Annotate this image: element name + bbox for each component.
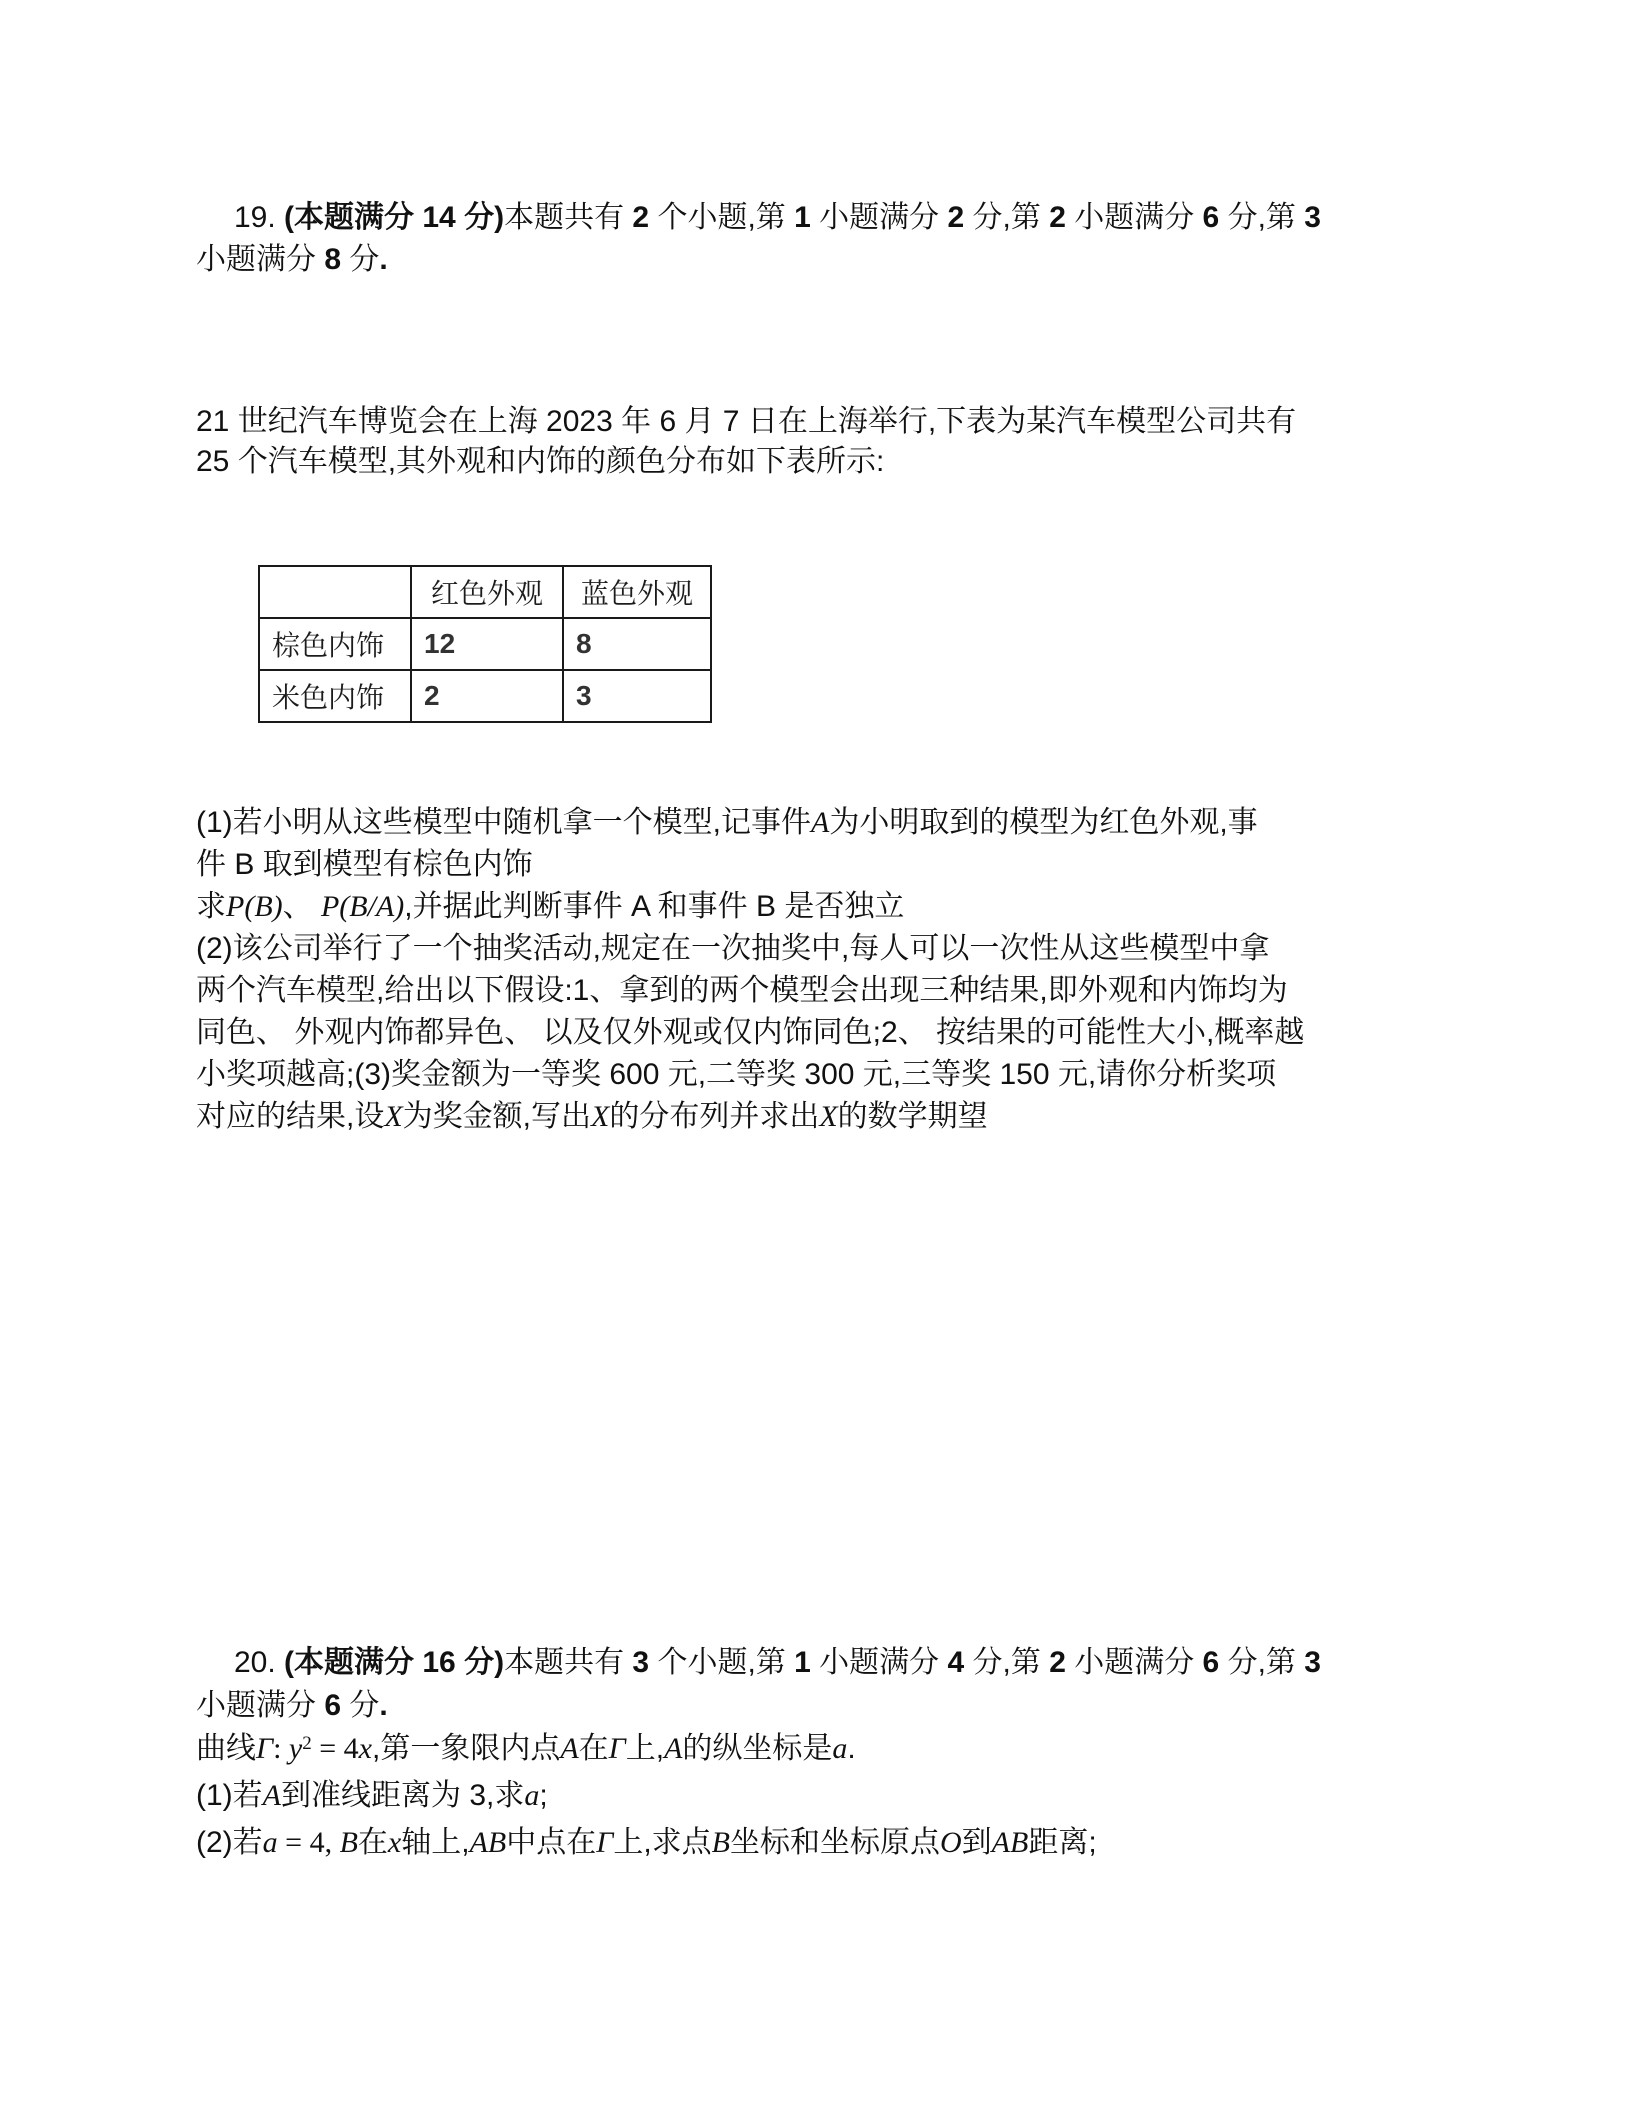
math-text: x — [388, 1826, 401, 1859]
text-segment: 轴上, — [401, 1826, 469, 1859]
text-segment: 小题满分 — [196, 1689, 324, 1722]
text-line: 小题满分 6 分. — [196, 1684, 1526, 1727]
text-segment: 为小明取到的模型为红色外观,事 — [829, 806, 1257, 839]
math-text: B — [340, 1826, 358, 1859]
text-segment: = 4 — [312, 1732, 359, 1765]
text-segment: 2 — [632, 201, 649, 234]
text-segment: ,并据此判断事件 A 和事件 B 是否独立 — [404, 890, 904, 923]
text-segment: 对应的结果,设 — [196, 1100, 384, 1133]
text-segment: 距离; — [1028, 1826, 1096, 1859]
math-text: y — [289, 1732, 302, 1765]
text-line: (2)若a = 4, B在x轴上,AB中点在Γ上,求点B坐标和坐标原点O到AB距… — [196, 1819, 1526, 1866]
text-line: 21 世纪汽车博览会在上海 2023 年 6 月 7 日在上海举行,下表为某汽车… — [196, 402, 1526, 442]
table-header-red-exterior: 红色外观 — [411, 566, 563, 618]
text-line: 对应的结果,设X为奖金额,写出X的分布列并求出X的数学期望 — [196, 1096, 1526, 1138]
math-text: X — [591, 1100, 609, 1133]
problem-19-body: (1)若小明从这些模型中随机拿一个模型,记事件A为小明取到的模型为红色外观,事件… — [196, 802, 1526, 1138]
text-segment: 小题满分 — [1066, 201, 1203, 234]
text-segment: (2)该公司举行了一个抽奖活动,规定在一次抽奖中,每人可以一次性从这些模型中拿 — [196, 932, 1269, 965]
math-text: X — [384, 1100, 402, 1133]
text-segment: 、 — [283, 890, 321, 923]
text-line: 曲线Γ: y2 = 4x,第一象限内点A在Γ上,A的纵坐标是a. — [196, 1725, 1526, 1772]
table-header-blue-exterior: 蓝色外观 — [563, 566, 711, 618]
text-segment: 分 — [341, 1689, 379, 1722]
text-segment: (本题满分 16 分) — [284, 1646, 504, 1679]
text-segment: 两个汽车模型,给出以下假设:1、拿到的两个模型会出现三种结果,即外观和内饰均为 — [196, 974, 1288, 1007]
text-segment: 小题满分 — [1066, 1646, 1203, 1679]
text-segment: ,第一象限内点 — [372, 1732, 560, 1765]
cell-brown-blue-count: 8 — [563, 618, 711, 670]
math-text: x — [359, 1732, 372, 1765]
cell-brown-red-count: 12 — [411, 618, 563, 670]
math-text: B — [712, 1826, 730, 1859]
row-label-beige-interior: 米色内饰 — [259, 670, 411, 722]
text-segment: (1)若 — [196, 1779, 263, 1812]
table-row-beige-interior: 米色内饰 2 3 — [259, 670, 711, 722]
text-segment: ; — [539, 1779, 547, 1812]
text-segment: 分,第 — [1219, 1646, 1304, 1679]
cell-beige-red-count: 2 — [411, 670, 563, 722]
exam-page: 19. (本题满分 14 分)本题共有 2 个小题,第 1 小题满分 2 分,第… — [0, 0, 1632, 2112]
text-segment: 4 — [947, 1646, 964, 1679]
text-segment: 25 个汽车模型,其外观和内饰的颜色分布如下表所示: — [196, 445, 884, 478]
text-segment: 6 — [324, 1689, 341, 1722]
math-text: O — [940, 1826, 962, 1859]
text-segment: 6 — [1203, 201, 1220, 234]
text-segment: (2)若 — [196, 1826, 263, 1859]
problem-20-heading: 20. (本题满分 16 分)本题共有 3 个小题,第 1 小题满分 4 分,第… — [196, 1641, 1526, 1727]
math-text: AB — [992, 1826, 1029, 1859]
math-text: Γ — [256, 1732, 273, 1765]
text-segment: 的分布列并求出 — [609, 1100, 819, 1133]
text-line: 小奖项越高;(3)奖金额为一等奖 600 元,二等奖 300 元,三等奖 150… — [196, 1054, 1526, 1096]
math-text: P(B/A) — [321, 890, 404, 923]
math-text: A — [560, 1732, 578, 1765]
text-segment: 的纵坐标是 — [682, 1732, 832, 1765]
text-segment: 个小题,第 — [649, 1646, 794, 1679]
math-text: X — [819, 1100, 837, 1133]
text-segment: 19. — [234, 201, 284, 234]
text-segment: 20. — [234, 1646, 284, 1679]
table-row-brown-interior: 棕色内饰 12 8 — [259, 618, 711, 670]
text-segment: 小题满分 — [196, 243, 324, 276]
text-segment: 曲线 — [196, 1732, 256, 1765]
math-text: a — [524, 1779, 539, 1812]
text-segment: 在 — [358, 1826, 388, 1859]
text-segment: 到准线距离为 3,求 — [281, 1779, 524, 1812]
text-segment: 1 — [794, 1646, 811, 1679]
text-line: 20. (本题满分 16 分)本题共有 3 个小题,第 1 小题满分 4 分,第… — [196, 1641, 1526, 1684]
text-segment: 小题满分 — [811, 1646, 948, 1679]
text-segment: 在 — [579, 1732, 609, 1765]
text-line: 25 个汽车模型,其外观和内饰的颜色分布如下表所示: — [196, 442, 1526, 482]
text-segment: 分 — [341, 243, 379, 276]
text-segment: 求 — [196, 890, 226, 923]
text-line: 同色、 外观内饰都异色、 以及仅外观或仅内饰同色;2、 按结果的可能性大小,概率… — [196, 1012, 1526, 1054]
row-label-brown-interior: 棕色内饰 — [259, 618, 411, 670]
math-text: Γ — [609, 1732, 626, 1765]
text-line: 两个汽车模型,给出以下假设:1、拿到的两个模型会出现三种结果,即外观和内饰均为 — [196, 970, 1526, 1012]
text-segment: 2 — [947, 201, 964, 234]
text-segment: (本题满分 14 分) — [284, 201, 504, 234]
text-segment: 为奖金额,写出 — [403, 1100, 591, 1133]
text-segment: 2 — [1049, 201, 1066, 234]
text-line: (2)该公司举行了一个抽奖活动,规定在一次抽奖中,每人可以一次性从这些模型中拿 — [196, 928, 1526, 970]
text-segment: 本题共有 — [504, 201, 632, 234]
text-segment: 小奖项越高;(3)奖金额为一等奖 600 元,二等奖 300 元,三等奖 150… — [196, 1058, 1276, 1091]
text-segment: 2 — [1049, 1646, 1066, 1679]
cell-beige-blue-count: 3 — [563, 670, 711, 722]
text-segment: 3 — [1304, 201, 1321, 234]
math-text: Γ — [596, 1826, 613, 1859]
text-line: 件 B 取到模型有棕色内饰 — [196, 844, 1526, 886]
problem-19-heading: 19. (本题满分 14 分)本题共有 2 个小题,第 1 小题满分 2 分,第… — [196, 197, 1526, 281]
text-segment: . — [379, 243, 387, 276]
text-line: 小题满分 8 分. — [196, 239, 1526, 281]
text-segment: 的数学期望 — [838, 1100, 988, 1133]
text-segment: 分,第 — [964, 201, 1049, 234]
text-segment: 中点在 — [506, 1826, 596, 1859]
superscript-text: 2 — [302, 1733, 312, 1754]
text-segment: 8 — [324, 243, 341, 276]
table-corner-cell — [259, 566, 411, 618]
text-segment: 6 — [1203, 1646, 1220, 1679]
text-segment: . — [379, 1689, 387, 1722]
text-segment: 分,第 — [1219, 201, 1304, 234]
table-header-row: 红色外观 蓝色外观 — [259, 566, 711, 618]
text-segment: 同色、 外观内饰都异色、 以及仅外观或仅内饰同色;2、 按结果的可能性大小,概率… — [196, 1016, 1304, 1049]
text-segment: 小题满分 — [811, 201, 948, 234]
color-distribution-table: 红色外观 蓝色外观 棕色内饰 12 8 米色内饰 2 3 — [258, 565, 712, 723]
text-segment: 上, — [626, 1732, 664, 1765]
text-segment: 3 — [632, 1646, 649, 1679]
text-segment: 件 B 取到模型有棕色内饰 — [196, 848, 533, 881]
text-segment: 坐标和坐标原点 — [730, 1826, 940, 1859]
math-text: A — [263, 1779, 281, 1812]
text-line: 19. (本题满分 14 分)本题共有 2 个小题,第 1 小题满分 2 分,第… — [196, 197, 1526, 239]
math-text: a — [263, 1826, 278, 1859]
text-line: (1)若A到准线距离为 3,求a; — [196, 1772, 1526, 1819]
text-segment: . — [847, 1732, 855, 1765]
problem-19-intro: 21 世纪汽车博览会在上海 2023 年 6 月 7 日在上海举行,下表为某汽车… — [196, 402, 1526, 482]
text-segment: 1 — [794, 201, 811, 234]
math-text: A — [664, 1732, 682, 1765]
text-segment: (1)若小明从这些模型中随机拿一个模型,记事件 — [196, 806, 811, 839]
text-segment: 本题共有 — [504, 1646, 632, 1679]
text-segment: 3 — [1304, 1646, 1321, 1679]
math-text: AB — [470, 1826, 507, 1859]
text-segment: 上,求点 — [613, 1826, 711, 1859]
math-text: a — [832, 1732, 847, 1765]
text-segment: 分,第 — [964, 1646, 1049, 1679]
text-segment: : — [273, 1732, 289, 1765]
text-segment: 个小题,第 — [649, 201, 794, 234]
text-line: (1)若小明从这些模型中随机拿一个模型,记事件A为小明取到的模型为红色外观,事 — [196, 802, 1526, 844]
text-segment: 21 世纪汽车博览会在上海 2023 年 6 月 7 日在上海举行,下表为某汽车… — [196, 405, 1296, 438]
problem-20-body: 曲线Γ: y2 = 4x,第一象限内点A在Γ上,A的纵坐标是a.(1)若A到准线… — [196, 1725, 1526, 1866]
math-text: P(B) — [226, 890, 283, 923]
text-segment: 到 — [962, 1826, 992, 1859]
math-text: A — [811, 806, 829, 839]
text-segment: = 4, — [278, 1826, 340, 1859]
text-line: 求P(B)、 P(B/A),并据此判断事件 A 和事件 B 是否独立 — [196, 886, 1526, 928]
